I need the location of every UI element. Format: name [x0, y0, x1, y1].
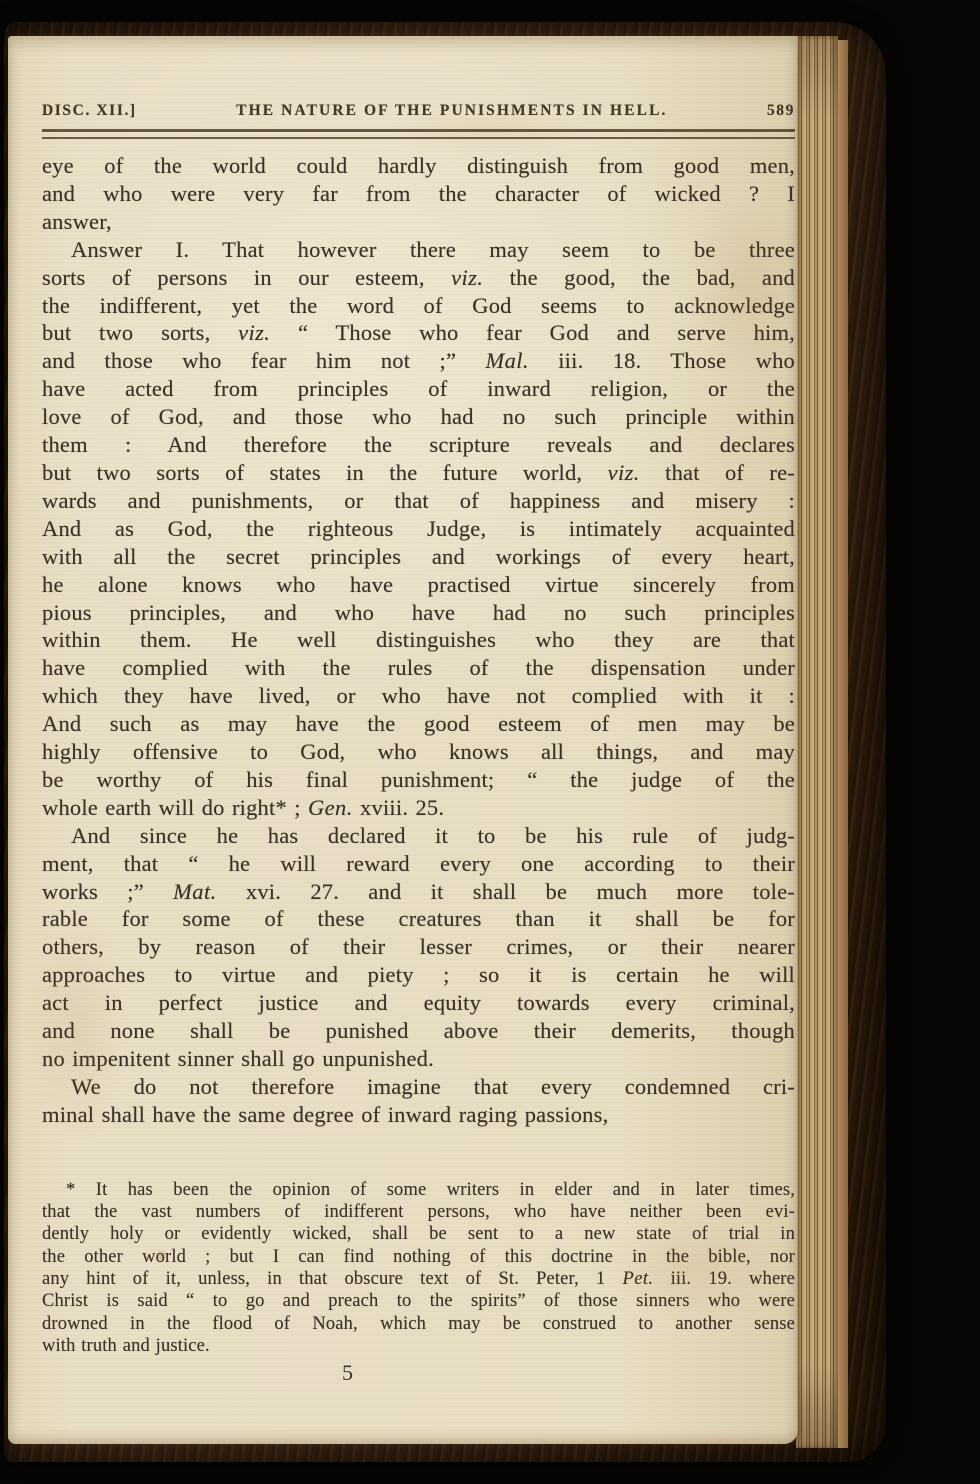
- text-line: be worthy of his final punishment; “ the…: [42, 766, 795, 794]
- text-line: We do not therefore imagine that every c…: [42, 1073, 795, 1101]
- text-line: and those who fear him not ;” Mal. iii. …: [42, 347, 795, 375]
- paragraph: eye of the world could hardly distinguis…: [42, 152, 795, 236]
- running-header: DISC. XII.] THE NATURE OF THE PUNISHMENT…: [42, 102, 795, 120]
- footnote: * It has been the opinion of some writer…: [42, 1179, 795, 1357]
- signature-mark: 5: [42, 1360, 980, 1386]
- footnote-line: drowned in the flood of Noah, which may …: [42, 1313, 795, 1335]
- text-line: ment, that “ he will reward every one ac…: [42, 850, 795, 878]
- text-line: he alone knows who have practised virtue…: [42, 571, 795, 599]
- text-line: wards and punishments, or that of happin…: [42, 487, 795, 515]
- text-line: highly offensive to God, who knows all t…: [42, 738, 795, 766]
- text-line: have acted from principles of inward rel…: [42, 375, 795, 403]
- page-fore-edge-band: [838, 40, 848, 1448]
- paragraph: And since he has declared it to be his r…: [42, 822, 795, 1073]
- text-line: eye of the world could hardly distinguis…: [42, 152, 795, 180]
- book-page: DISC. XII.] THE NATURE OF THE PUNISHMENT…: [8, 36, 798, 1444]
- text-line: whole earth will do right* ; Gen. xviii.…: [42, 794, 795, 822]
- text-line: approaches to virtue and piety ; so it i…: [42, 961, 795, 989]
- paragraph: Answer I. That however there may seem to…: [42, 236, 795, 822]
- text-line: which they have lived, or who have not c…: [42, 682, 795, 710]
- text-line: sorts of persons in our esteem, viz. the…: [42, 264, 795, 292]
- footnote-line: Christ is said “ to go and preach to the…: [42, 1290, 795, 1312]
- text-line: others, by reason of their lesser crimes…: [42, 933, 795, 961]
- page-fore-edge: [796, 36, 838, 1448]
- header-double-rule: [42, 129, 795, 139]
- header-title: THE NATURE OF THE PUNISHMENTS IN HELL.: [236, 102, 667, 120]
- text-line: pious principles, and who have had no su…: [42, 599, 795, 627]
- text-line: works ;” Mat. xvi. 27. and it shall be m…: [42, 878, 795, 906]
- text-line: And since he has declared it to be his r…: [42, 822, 795, 850]
- text-line: answer,: [42, 208, 795, 236]
- header-page-number: 589: [767, 102, 795, 120]
- footnote-line: with truth and justice.: [42, 1335, 795, 1357]
- text-line: and none shall be punished above their d…: [42, 1017, 795, 1045]
- text-line: with all the secret principles and worki…: [42, 543, 795, 571]
- text-line: Answer I. That however there may seem to…: [42, 236, 795, 264]
- text-line: and who were very far from the character…: [42, 180, 795, 208]
- footnote-line: that the vast numbers of indifferent per…: [42, 1201, 795, 1223]
- paragraph: We do not therefore imagine that every c…: [42, 1073, 795, 1129]
- footnote-line: dently holy or evidently wicked, shall b…: [42, 1223, 795, 1245]
- text-line: but two sorts, viz. “ Those who fear God…: [42, 319, 795, 347]
- text-line: have complied with the rules of the disp…: [42, 654, 795, 682]
- header-discourse-number: DISC. XII.]: [42, 102, 137, 120]
- text-line: minal shall have the same degree of inwa…: [42, 1101, 795, 1129]
- text-line: within them. He well distinguishes who t…: [42, 626, 795, 654]
- text-line: the indifferent, yet the word of God see…: [42, 292, 795, 320]
- text-line: love of God, and those who had no such p…: [42, 403, 795, 431]
- footnote-line: any hint of it, unless, in that obscure …: [42, 1268, 795, 1290]
- text-line: And such as may have the good esteem of …: [42, 710, 795, 738]
- text-line: rable for some of these creatures than i…: [42, 905, 795, 933]
- text-line: them : And therefore the scripture revea…: [42, 431, 795, 459]
- text-line: And as God, the righteous Judge, is inti…: [42, 515, 795, 543]
- body-text: eye of the world could hardly distinguis…: [42, 152, 795, 1129]
- footnote-line: the other world ; but I can find nothing…: [42, 1246, 795, 1268]
- text-line: but two sorts of states in the future wo…: [42, 459, 795, 487]
- footnote-line: * It has been the opinion of some writer…: [42, 1179, 795, 1201]
- text-line: act in perfect justice and equity toward…: [42, 989, 795, 1017]
- text-line: no impenitent sinner shall go unpunished…: [42, 1045, 795, 1073]
